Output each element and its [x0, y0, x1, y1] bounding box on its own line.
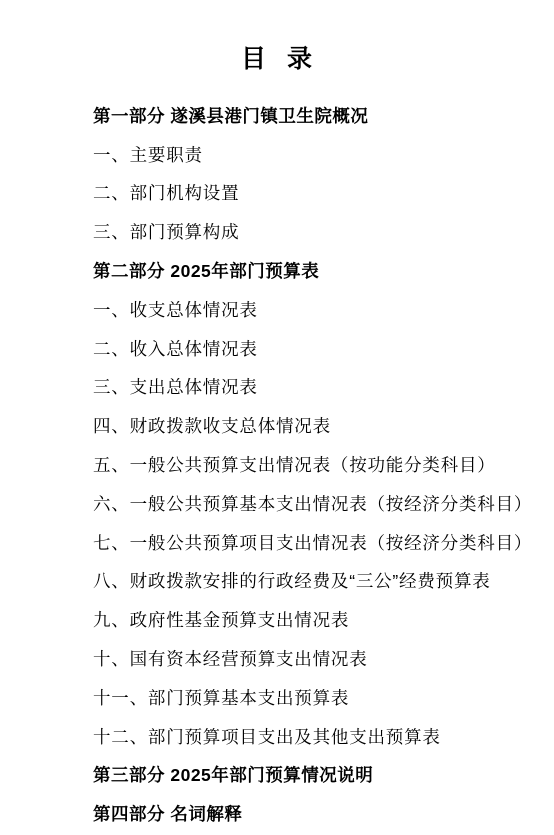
toc-entry: 一、主要职责: [93, 135, 538, 174]
document-page: 目 录 第一部分 遂溪县港门镇卫生院概况一、主要职责二、部门机构设置三、部门预算…: [0, 0, 554, 835]
toc-entry: 十一、部门预算基本支出预算表: [93, 678, 538, 717]
toc-entry: 八、财政拨款安排的行政经费及“三公”经费预算表: [93, 562, 538, 601]
toc-entry: 七、一般公共预算项目支出情况表（按经济分类科目）: [93, 523, 538, 562]
toc-entry: 三、部门预算构成: [93, 212, 538, 251]
toc-part-heading: 第一部分 遂溪县港门镇卫生院概况: [93, 96, 538, 135]
toc-part-heading: 第三部分 2025年部门预算情况说明: [93, 756, 538, 795]
toc-entry: 二、收入总体情况表: [93, 329, 538, 368]
toc-entry: 四、财政拨款收支总体情况表: [93, 406, 538, 445]
table-of-contents: 第一部分 遂溪县港门镇卫生院概况一、主要职责二、部门机构设置三、部门预算构成第二…: [93, 96, 538, 833]
toc-entry: 十、国有资本经营预算支出情况表: [93, 639, 538, 678]
toc-part-heading: 第四部分 名词解释: [93, 794, 538, 833]
page-title: 目 录: [0, 44, 554, 74]
toc-entry: 五、一般公共预算支出情况表（按功能分类科目）: [93, 445, 538, 484]
toc-entry: 一、收支总体情况表: [93, 290, 538, 329]
toc-entry: 三、支出总体情况表: [93, 368, 538, 407]
toc-entry: 十二、部门预算项目支出及其他支出预算表: [93, 717, 538, 756]
toc-entry: 六、一般公共预算基本支出情况表（按经济分类科目）: [93, 484, 538, 523]
toc-part-heading: 第二部分 2025年部门预算表: [93, 251, 538, 290]
toc-entry: 九、政府性基金预算支出情况表: [93, 600, 538, 639]
toc-entry: 二、部门机构设置: [93, 174, 538, 213]
